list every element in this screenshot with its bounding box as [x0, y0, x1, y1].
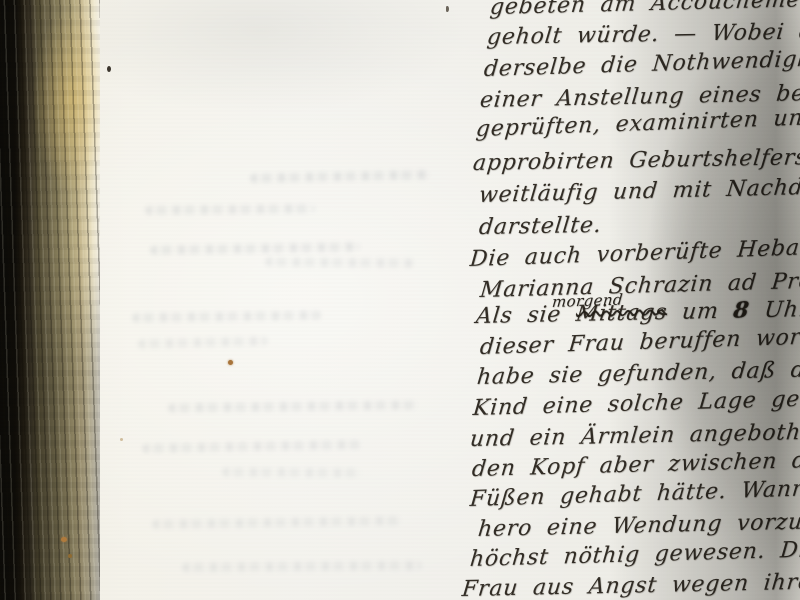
struck-word: Mittags [575, 300, 669, 327]
manuscript-line: derselbe die Nothwendigkeit [483, 45, 800, 83]
manuscript-line: approbirten Geburtshelfers sehr [472, 143, 800, 177]
manuscript-line: darstellte. [478, 212, 603, 241]
manuscript-line: Frau aus Angst wegen ihrer [461, 568, 800, 600]
manuscript-line: weitläufig und mit Nachdruck [478, 173, 800, 209]
manuscript-text-block: gebeten am Accouchement praegeholt würde… [0, 0, 800, 600]
manuscript-scan: gebeten am Accouchement praegeholt würde… [0, 0, 800, 600]
manuscript-text-segment: Uhr zu [748, 296, 800, 323]
manuscript-text-segment: um [666, 299, 735, 325]
manuscript-line: gebeten am Accouchement prae [489, 0, 800, 21]
manuscript-text-segment: Als sie [475, 302, 577, 329]
manuscript-line: geholt würde. — Wobei dann [486, 18, 800, 52]
manuscript-line: habe sie gefunden, daß das [476, 356, 800, 391]
